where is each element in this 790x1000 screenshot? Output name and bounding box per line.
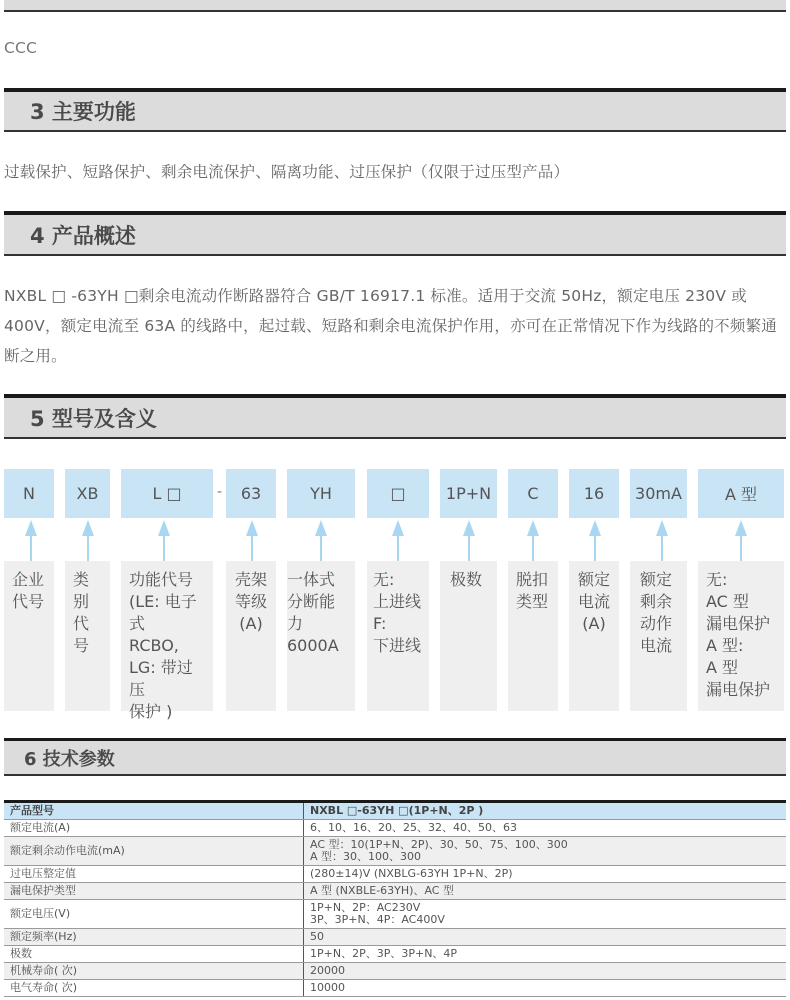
value-cell: 10000 [304,980,787,997]
table-row: 额定频率(Hz) 50 [4,929,786,946]
code-description: 无: AC 型 漏电保护 A 型: A 型 漏电保护 [698,561,784,711]
overview-text: NXBL □ -63YH □剩余电流动作断路器符合 GB/T 16917.1 标… [4,281,788,371]
code-box: □ [367,469,429,518]
arrow-up-icon [315,520,327,562]
value-cell: 1P+N、2P、3P、3P+N、4P [304,946,787,963]
value-cell: (280±14)V (NXBLG-63YH 1P+N、2P) [304,866,787,883]
value-cell: A 型 (NXBLE-63YH)、AC 型 [304,883,787,900]
param-cell: 极数 [4,946,304,963]
code-box: 30mA [630,469,687,518]
value-cell: 50 [304,929,787,946]
functions-text: 过载保护、短路保护、剩余电流保护、隔离功能、过压保护（仅限于过压型产品） [4,157,788,187]
arrow-up-icon [656,520,668,562]
code-box: C [508,469,558,518]
table-row: 电气寿命( 次) 10000 [4,980,786,997]
code-box: XB [65,469,110,518]
code-description: 类别 代号 [65,561,110,711]
code-description: 极数 [440,561,497,711]
code-description: 壳架 等级 (A) [226,561,276,711]
table-row: 漏电保护类型 A 型 (NXBLE-63YH)、AC 型 [4,883,786,900]
code-box: YH [287,469,355,518]
section-header-functions: 3 主要功能 [4,88,786,132]
code-description: 功能代号 (LE: 电子式 RCBO, LG: 带过压 保护 ) [121,561,213,711]
param-cell: 漏电保护类型 [4,883,304,900]
code-description: 无: 上进线 F: 下进线 [367,561,429,711]
value-cell: 20000 [304,963,787,980]
code-box: L □ [121,469,213,518]
section-header-model: 5 型号及含义 [4,394,786,439]
param-cell: 机械寿命( 次) [4,963,304,980]
param-cell: 额定电流(A) [4,820,304,837]
section-title: 5 型号及含义 [30,403,157,433]
code-box: A 型 [698,469,784,518]
code-box: 1P+N [440,469,497,518]
arrow-up-icon [82,520,94,562]
code-box: N [4,469,54,518]
previous-section-header [4,0,786,12]
param-cell: 过电压整定值 [4,866,304,883]
section-title: 4 产品概述 [30,220,136,250]
arrow-up-icon [246,520,258,562]
table-row: 极数 1P+N、2P、3P、3P+N、4P [4,946,786,963]
arrow-up-icon [735,520,747,562]
table-header-row: 产品型号 NXBL □-63YH □(1P+N、2P ) [4,802,786,820]
code-box: 16 [569,469,619,518]
arrow-up-icon [25,520,37,562]
arrow-up-icon [158,520,170,562]
param-cell: 电气寿命( 次) [4,980,304,997]
table-row: 过电压整定值 (280±14)V (NXBLG-63YH 1P+N、2P) [4,866,786,883]
section-header-tech: 6 技术参数 [4,738,786,776]
param-header: 产品型号 [4,802,304,820]
value-cell: AC 型：10(1P+N、2P)、30、50、75、100、300 A 型：30… [304,837,787,866]
param-cell: 额定频率(Hz) [4,929,304,946]
arrow-up-icon [589,520,601,562]
value-header: NXBL □-63YH □(1P+N、2P ) [304,802,787,820]
param-cell: 额定剩余动作电流(mA) [4,837,304,866]
arrow-up-icon [463,520,475,562]
certification-text: CCC [4,33,788,63]
table-row: 额定电压(V) 1P+N、2P：AC230V 3P、3P+N、4P：AC400V [4,900,786,929]
code-box: 63 [226,469,276,518]
table-row: 额定剩余动作电流(mA) AC 型：10(1P+N、2P)、30、50、75、1… [4,837,786,866]
code-description: 额定 剩余 动作 电流 [630,561,687,711]
code-description: 额定 电流 (A) [569,561,619,711]
arrow-up-icon [527,520,539,562]
arrow-up-icon [392,520,404,562]
section-title: 6 技术参数 [24,745,115,771]
table-row: 额定电流(A) 6、10、16、20、25、32、40、50、63 [4,820,786,837]
section-title: 3 主要功能 [30,96,136,126]
model-separator: - [217,484,222,500]
table-row: 机械寿命( 次) 20000 [4,963,786,980]
value-cell: 6、10、16、20、25、32、40、50、63 [304,820,787,837]
value-cell: 1P+N、2P：AC230V 3P、3P+N、4P：AC400V [304,900,787,929]
code-description: 脱扣 类型 [508,561,558,711]
code-description: 一体式 分断能力 6000A [287,561,355,711]
section-header-overview: 4 产品概述 [4,211,786,256]
spec-table: 产品型号 NXBL □-63YH □(1P+N、2P ) 额定电流(A) 6、1… [4,800,786,997]
code-description: 企业 代号 [4,561,54,711]
param-cell: 额定电压(V) [4,900,304,929]
